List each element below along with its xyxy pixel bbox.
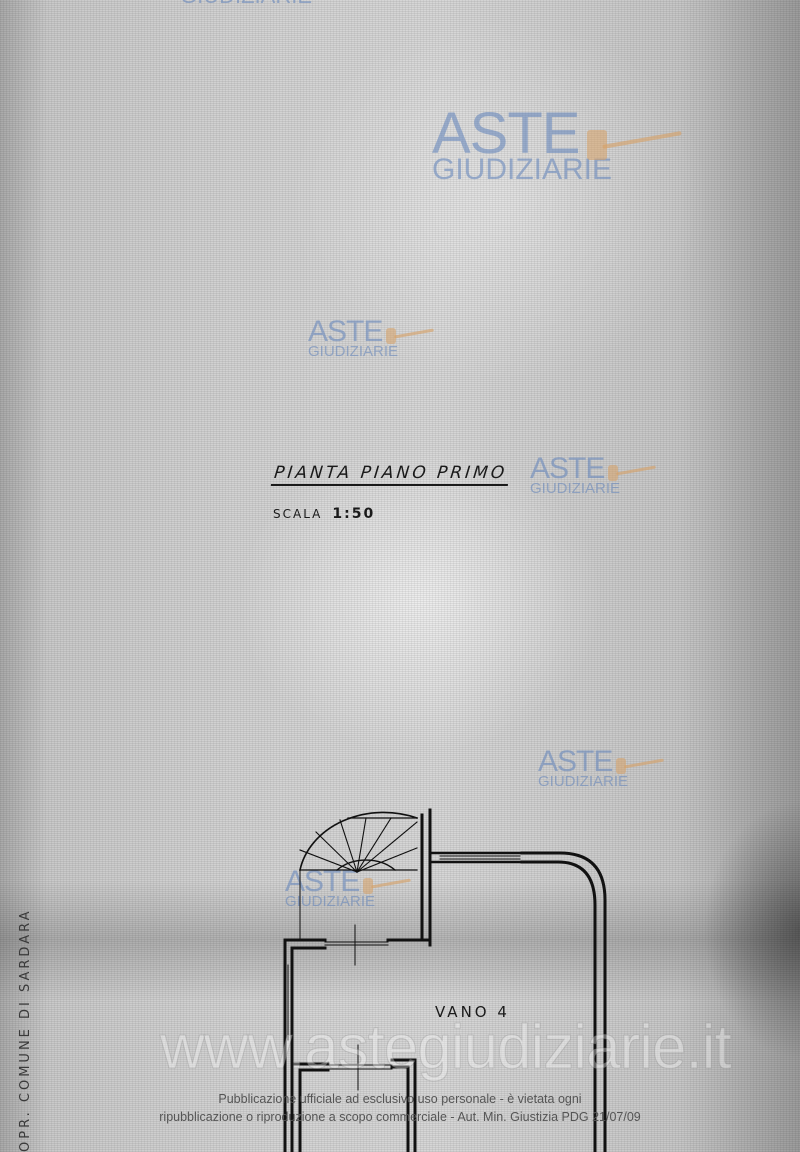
stair-treads: [300, 818, 417, 872]
legal-notice-line-1: Pubblicazione ufficiale ad esclusivo uso…: [0, 1090, 800, 1108]
legal-notice-line-2: ripubblicazione o riproduzione a scopo c…: [0, 1108, 800, 1126]
floor-plan: [0, 0, 800, 1152]
watermark-site-url: www.astegiudiziarie.it: [160, 1012, 731, 1083]
legal-notice: Pubblicazione ufficiale ad esclusivo uso…: [0, 1090, 800, 1126]
